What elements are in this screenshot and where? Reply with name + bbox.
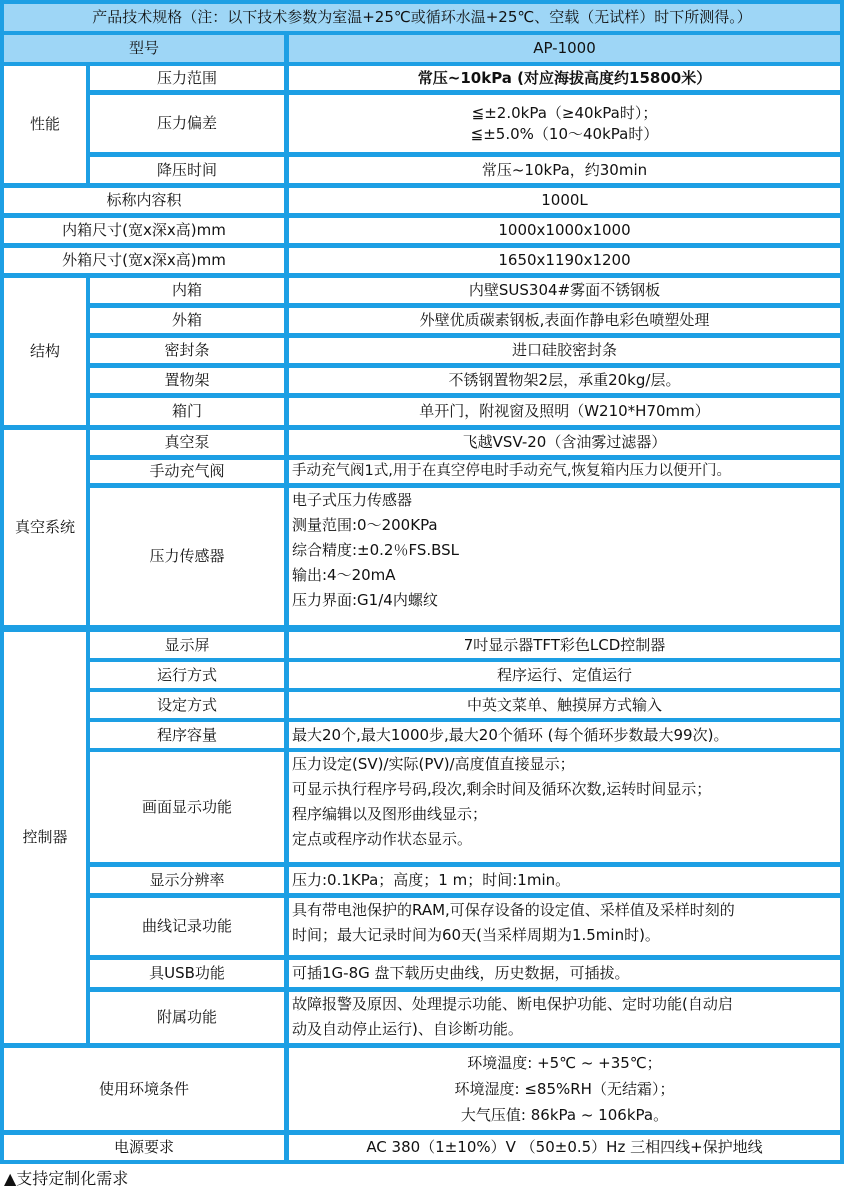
row-value-text: 1000L — [541, 190, 588, 210]
row-label-text: 使用环境条件 — [99, 1079, 189, 1099]
value-line: 压力设定(SV)/实际(PV)/高度值直接显示； — [292, 752, 575, 777]
row-value-program-capacity: 最大20个,最大1000步,最大20个循环 (每个循环步数最大99次)。 — [289, 722, 840, 748]
row-value-curve-record: 具有带电池保护的RAM,可保存设备的设定值、采样值及采样时刻的 时间；最大记录时… — [289, 898, 840, 955]
row-label: 具USB功能 — [90, 960, 284, 987]
row-value-text: 外壁优质碳素钢板,表面作静电彩色喷塑处理 — [420, 310, 710, 330]
row-value-volume: 1000L — [289, 188, 840, 213]
value-line: 环境温度: +5℃ ~ +35℃； — [467, 1050, 661, 1076]
value-line: 压力界面:G1/4内螺纹 — [292, 588, 438, 613]
row-label-text: 真空泵 — [164, 432, 209, 452]
value-line: 大气压值: 86kPa ~ 106kPa。 — [461, 1102, 668, 1128]
model-value: AP-1000 — [533, 38, 596, 58]
model-label: 型号 — [129, 38, 159, 58]
row-label: 内箱尺寸(宽x深x高)mm — [4, 218, 284, 243]
row-label-text: 外箱尺寸(宽x深x高)mm — [62, 250, 226, 270]
row-label: 电源要求 — [4, 1135, 284, 1160]
value-line: 时间；最大记录时间为60天(当采样周期为1.5min时)。 — [292, 923, 660, 948]
row-label-text: 箱门 — [172, 401, 202, 421]
row-value-usb: 可插1G-8G 盘下载历史曲线，历史数据，可插拔。 — [289, 960, 840, 987]
group-label: 结构 — [30, 341, 60, 361]
group-vacuum: 真空系统 — [4, 430, 86, 625]
row-label-text: 运行方式 — [157, 665, 217, 685]
row-label: 密封条 — [90, 338, 284, 363]
row-label: 箱门 — [90, 398, 284, 425]
row-value-text: 最大20个,最大1000步,最大20个循环 (每个循环步数最大99次)。 — [292, 725, 728, 745]
row-label-text: 密封条 — [164, 340, 209, 360]
group-controller: 控制器 — [4, 632, 86, 1043]
row-label-text: 置物架 — [164, 370, 209, 390]
row-value-run-mode: 程序运行、定值运行 — [289, 662, 840, 688]
row-label-text: 标称内容积 — [106, 190, 181, 210]
row-label: 曲线记录功能 — [90, 898, 284, 955]
row-value-manual-valve: 手动充气阀1式,用于在真空停电时手动充气,恢复箱内压力以便开门。 — [289, 460, 840, 483]
row-label-text: 设定方式 — [157, 695, 217, 715]
row-value-text: 1650x1190x1200 — [498, 250, 630, 270]
row-label-text: 外箱 — [172, 310, 202, 330]
row-label: 设定方式 — [90, 692, 284, 718]
row-value-inner-size: 1000x1000x1000 — [289, 218, 840, 243]
row-value-extra-functions: 故障报警及原因、处理提示功能、断电保护功能、定时功能(自动启 动及自动停止运行)… — [289, 992, 840, 1043]
group-label: 真空系统 — [15, 517, 75, 537]
row-value-text: 常压~10kPa (对应海拔高度约15800米） — [418, 68, 711, 88]
row-value-resolution: 压力:0.1KPa；高度；1 m；时间:1min。 — [289, 867, 840, 893]
value-line: 输出:4〜20mA — [292, 563, 396, 588]
row-label: 显示分辨率 — [90, 867, 284, 893]
row-label-text: 手动充气阀 — [149, 461, 224, 481]
row-label: 程序容量 — [90, 722, 284, 748]
row-value-inner-box: 内壁SUS304#雾面不锈钢板 — [289, 278, 840, 303]
row-value-pressure-deviation: ≦±2.0kPa（≥40kPa时）； ≦±5.0%（10～40kPa时） — [289, 95, 840, 152]
value-line: 故障报警及原因、处理提示功能、断电保护功能、定时功能(自动启 — [292, 992, 733, 1017]
row-label: 降压时间 — [90, 157, 284, 183]
row-value-text: 可插1G-8G 盘下载历史曲线，历史数据，可插拔。 — [292, 963, 630, 983]
row-label: 手动充气阀 — [90, 460, 284, 483]
row-label: 使用环境条件 — [4, 1048, 284, 1130]
row-value-display: 7吋显示器TFT彩色LCD控制器 — [289, 632, 840, 658]
row-value-text: 压力:0.1KPa；高度；1 m；时间:1min。 — [292, 870, 570, 890]
row-label: 运行方式 — [90, 662, 284, 688]
row-label: 内箱 — [90, 278, 284, 303]
footer-note: ▲支持定制化需求 — [4, 1166, 128, 1189]
row-value-text: 飞越VSV-20（含油雾过滤器） — [463, 432, 667, 452]
value-line: 可显示执行程序号码,段次,剩余时间及循环次数,运转时间显示； — [292, 777, 711, 802]
group-label: 性能 — [30, 114, 60, 134]
row-label-text: 显示屏 — [164, 635, 209, 655]
row-label: 附属功能 — [90, 992, 284, 1043]
table-title: 产品技术规格（注：以下技术参数为室温+25℃或循环水温+25℃、空载（无试样）时… — [4, 4, 840, 31]
row-label: 外箱尺寸(宽x深x高)mm — [4, 248, 284, 273]
row-value-pressure-sensor: 电子式压力传感器 测量范围:0〜200KPa 综合精度:±0.2％FS.BSL … — [289, 488, 840, 625]
row-value-vacuum-pump: 飞越VSV-20（含油雾过滤器） — [289, 430, 840, 455]
row-value-depressurize-time: 常压~10kPa，约30min — [289, 157, 840, 183]
spec-table: 产品技术规格（注：以下技术参数为室温+25℃或循环水温+25℃、空载（无试样）时… — [0, 0, 844, 1164]
value-line: 综合精度:±0.2％FS.BSL — [292, 538, 459, 563]
row-value-text: 进口硅胶密封条 — [512, 340, 617, 360]
row-value-text: 常压~10kPa，约30min — [482, 160, 647, 180]
row-label-text: 附属功能 — [157, 1007, 217, 1027]
row-value-power: AC 380（1±10%）V （50±0.5）Hz 三相四线+保护地线 — [289, 1135, 840, 1160]
row-label-text: 显示分辨率 — [149, 870, 224, 890]
row-label-text: 程序容量 — [157, 725, 217, 745]
value-line: 测量范围:0〜200KPa — [292, 513, 438, 538]
row-label-text: 曲线记录功能 — [142, 916, 232, 936]
value-line: 定点或程序动作状态显示。 — [292, 827, 472, 852]
row-label: 置物架 — [90, 368, 284, 393]
row-label-text: 降压时间 — [157, 160, 217, 180]
row-label: 标称内容积 — [4, 188, 284, 213]
row-value-text: 单开门，附视窗及照明（W210*H70mm） — [419, 401, 710, 421]
row-value-text: 程序运行、定值运行 — [497, 665, 632, 685]
row-value-screen-functions: 压力设定(SV)/实际(PV)/高度值直接显示； 可显示执行程序号码,段次,剩余… — [289, 752, 840, 862]
value-line: 电子式压力传感器 — [292, 488, 412, 513]
row-label-text: 内箱尺寸(宽x深x高)mm — [62, 220, 226, 240]
value-line: ≦±2.0kPa（≥40kPa时）； — [472, 103, 658, 123]
row-value-seal: 进口硅胶密封条 — [289, 338, 840, 363]
model-label-cell: 型号 — [4, 35, 284, 62]
group-label: 控制器 — [22, 827, 67, 847]
value-line: ≦±5.0%（10～40kPa时） — [471, 124, 659, 144]
row-value-text: 手动充气阀1式,用于在真空停电时手动充气,恢复箱内压力以便开门。 — [292, 462, 731, 482]
value-line: 动及自动停止运行)、自诊断功能。 — [292, 1017, 523, 1042]
value-line: 具有带电池保护的RAM,可保存设备的设定值、采样值及采样时刻的 — [292, 898, 735, 923]
row-label-text: 压力偏差 — [157, 113, 217, 133]
row-label: 真空泵 — [90, 430, 284, 455]
row-label: 压力范围 — [90, 66, 284, 90]
row-label-text: 内箱 — [172, 280, 202, 300]
row-value-setting-mode: 中英文菜单、触摸屏方式输入 — [289, 692, 840, 718]
row-label-text: 压力范围 — [157, 68, 217, 88]
row-value-text: AC 380（1±10%）V （50±0.5）Hz 三相四线+保护地线 — [366, 1137, 762, 1157]
group-structure: 结构 — [4, 278, 86, 425]
row-value-text: 中英文菜单、触摸屏方式输入 — [467, 695, 662, 715]
row-label-text: 画面显示功能 — [142, 797, 232, 817]
row-value-shelf: 不锈钢置物架2层，承重20kg/层。 — [289, 368, 840, 393]
group-performance: 性能 — [4, 66, 86, 183]
row-label-text: 电源要求 — [114, 1137, 174, 1157]
row-label-text: 具USB功能 — [149, 963, 225, 983]
row-value-door: 单开门，附视窗及照明（W210*H70mm） — [289, 398, 840, 425]
row-value-outer-size: 1650x1190x1200 — [289, 248, 840, 273]
value-line: 环境湿度: ≤85%RH（无结霜）； — [455, 1076, 675, 1102]
row-label: 显示屏 — [90, 632, 284, 658]
row-label: 外箱 — [90, 308, 284, 333]
row-value-text: 1000x1000x1000 — [498, 220, 630, 240]
row-value-text: 7吋显示器TFT彩色LCD控制器 — [464, 635, 666, 655]
value-line: 程序编辑以及图形曲线显示； — [292, 802, 487, 827]
row-value-environment: 环境温度: +5℃ ~ +35℃； 环境湿度: ≤85%RH（无结霜）； 大气压… — [289, 1048, 840, 1130]
row-value-text: 内壁SUS304#雾面不锈钢板 — [469, 280, 660, 300]
row-label-text: 压力传感器 — [149, 546, 224, 566]
table-title-text: 产品技术规格（注：以下技术参数为室温+25℃或循环水温+25℃、空载（无试样）时… — [92, 7, 752, 27]
row-label: 压力传感器 — [90, 488, 284, 625]
model-value-cell: AP-1000 — [289, 35, 840, 62]
row-value-pressure-range: 常压~10kPa (对应海拔高度约15800米） — [289, 66, 840, 90]
row-label: 画面显示功能 — [90, 752, 284, 862]
row-value-text: 不锈钢置物架2层，承重20kg/层。 — [449, 370, 681, 390]
row-value-outer-box: 外壁优质碳素钢板,表面作静电彩色喷塑处理 — [289, 308, 840, 333]
row-label: 压力偏差 — [90, 95, 284, 152]
